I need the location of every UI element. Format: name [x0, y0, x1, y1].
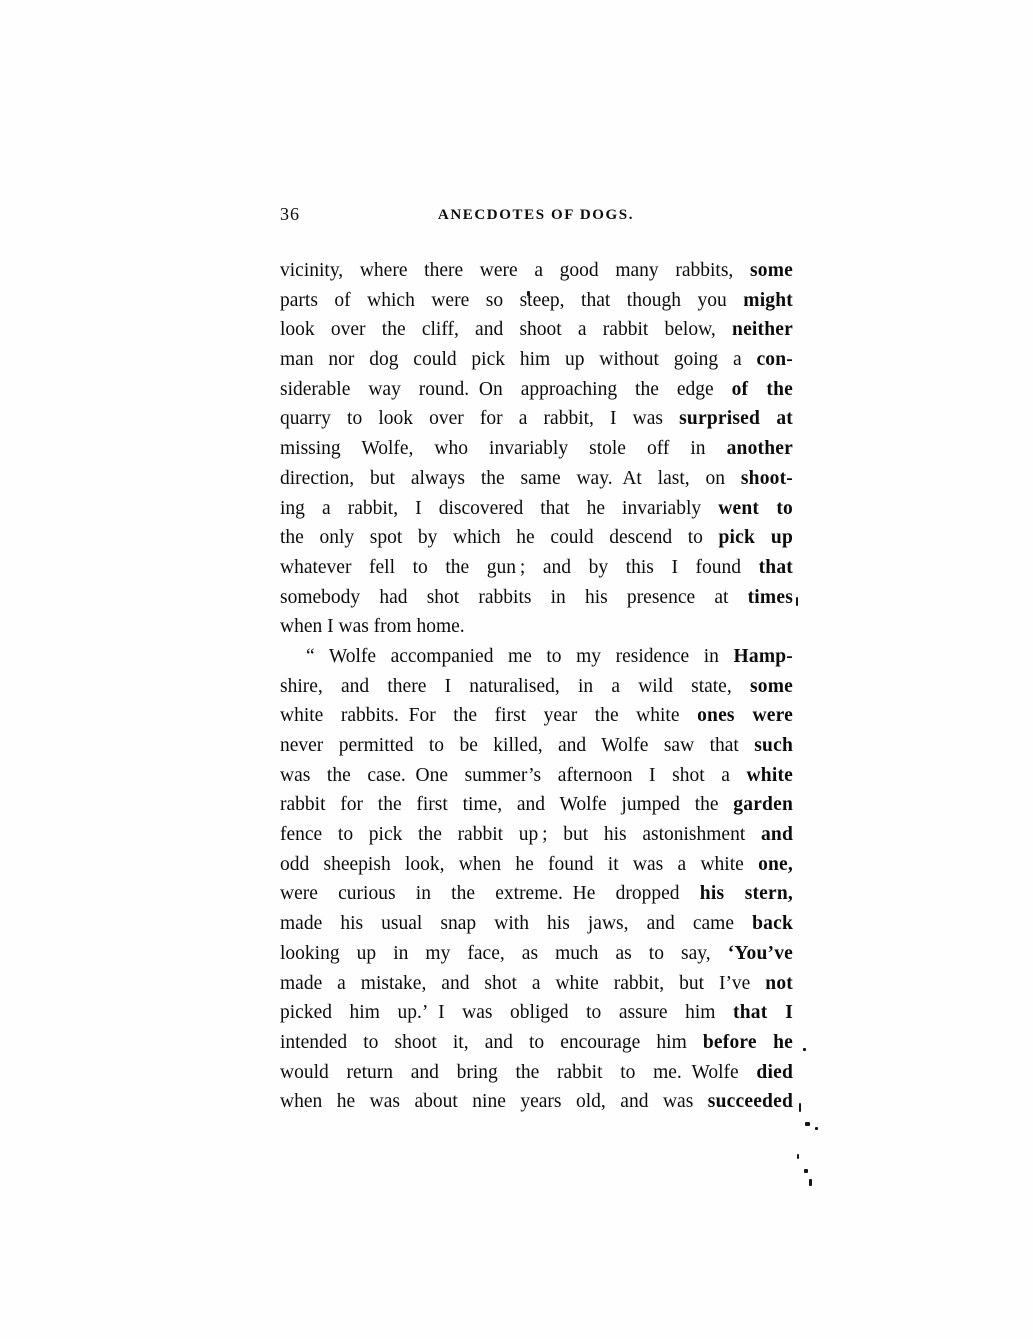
text-line-heavy-ink: of the — [732, 379, 793, 400]
text-line-regular: “ Wolfe accompanied me to my residence i… — [306, 646, 734, 667]
text-block: vicinity, where there were a good many r… — [280, 256, 793, 1117]
text-line-regular: the only spot by which he could descend … — [280, 527, 719, 548]
text-line-regular: was the case. One summer’s afternoon I s… — [280, 765, 747, 786]
text-line-heavy-ink: and — [761, 824, 793, 845]
text-line-regular: made his usual snap with his jaws, and c… — [280, 913, 752, 934]
text-line-regular: missing Wolfe, who invariably stole off … — [280, 438, 727, 459]
text-line-regular: somebody had shot rabbits in his presenc… — [280, 587, 748, 608]
text-line: was the case. One summer’s afternoon I s… — [280, 761, 793, 791]
text-line-heavy-ink: succeeded — [708, 1091, 793, 1112]
text-line: odd sheepish look, when he found it was … — [280, 850, 793, 880]
text-line-heavy-ink: some — [750, 260, 793, 281]
ink-speck — [796, 597, 798, 606]
text-line-regular: man nor dog could pick him up without go… — [280, 349, 756, 370]
text-line-heavy-ink: pick up — [719, 527, 793, 548]
text-line-heavy-ink: before he — [703, 1032, 793, 1053]
page-number: 36 — [280, 204, 300, 225]
text-line: whatever fell to the gun ; and by this I… — [280, 553, 793, 583]
running-title: ANECDOTES OF DOGS. — [280, 203, 792, 224]
text-line: when I was from home. — [280, 612, 793, 642]
text-line-heavy-ink: that — [759, 557, 793, 578]
text-line-heavy-ink: shoot- — [741, 468, 793, 489]
text-line-heavy-ink: white — [747, 765, 794, 786]
book-page: 36 ANECDOTES OF DOGS. vicinity, where th… — [0, 0, 1033, 1339]
text-line: fence to pick the rabbit up ; but his as… — [280, 820, 793, 850]
text-line-regular: siderable way round. On approaching the … — [280, 379, 732, 400]
text-line-regular: shire, and there I naturalised, in a wil… — [280, 676, 750, 697]
page-header: 36 ANECDOTES OF DOGS. — [280, 203, 792, 229]
text-line: would return and bring the rabbit to me.… — [280, 1058, 793, 1088]
ink-speck — [805, 1122, 810, 1126]
text-line: made his usual snap with his jaws, and c… — [280, 909, 793, 939]
text-line-heavy-ink: garden — [733, 794, 793, 815]
text-line-heavy-ink: con- — [756, 349, 793, 370]
text-line-regular: quarry to look over for a rabbit, I was — [280, 408, 679, 429]
text-line-regular: whatever fell to the gun ; and by this I… — [280, 557, 759, 578]
ink-speck — [815, 1127, 818, 1130]
text-line-regular: white rabbits. For the first year the wh… — [280, 705, 697, 726]
ink-speck — [797, 1154, 799, 1159]
text-line-regular: parts of which were so steep, that thoug… — [280, 290, 743, 311]
text-line: picked him up.’ I was obliged to assure … — [280, 998, 793, 1028]
text-line-heavy-ink: neither — [732, 319, 793, 340]
text-line: intended to shoot it, and to encourage h… — [280, 1028, 793, 1058]
text-line: never permitted to be killed, and Wolfe … — [280, 731, 793, 761]
text-line-regular: direction, but always the same way. At l… — [280, 468, 741, 489]
text-line: look over the cliff, and shoot a rabbit … — [280, 315, 793, 345]
text-line-regular: ing a rabbit, I discovered that he invar… — [280, 498, 718, 519]
text-line: rabbit for the first time, and Wolfe jum… — [280, 790, 793, 820]
text-line-regular: fence to pick the rabbit up ; but his as… — [280, 824, 761, 845]
text-line: missing Wolfe, who invariably stole off … — [280, 434, 793, 464]
text-line-regular: look over the cliff, and shoot a rabbit … — [280, 319, 732, 340]
text-line-regular: intended to shoot it, and to encourage h… — [280, 1032, 703, 1053]
text-line: shire, and there I naturalised, in a wil… — [280, 672, 793, 702]
text-line-regular: never permitted to be killed, and Wolfe … — [280, 735, 754, 756]
ink-speck — [809, 1179, 812, 1186]
text-line: vicinity, where there were a good many r… — [280, 256, 793, 286]
text-line-heavy-ink: one, — [758, 854, 793, 875]
text-line: direction, but always the same way. At l… — [280, 464, 793, 494]
text-line: siderable way round. On approaching the … — [280, 375, 793, 405]
text-line-regular: when I was from home. — [280, 616, 465, 637]
text-line-heavy-ink: not — [765, 973, 793, 994]
text-line-regular: when he was about nine years old, and wa… — [280, 1091, 708, 1112]
text-line: “ Wolfe accompanied me to my residence i… — [280, 642, 793, 672]
text-line-heavy-ink: times — [748, 587, 793, 608]
text-line: ing a rabbit, I discovered that he invar… — [280, 494, 793, 524]
text-line: quarry to look over for a rabbit, I was … — [280, 404, 793, 434]
ink-speck — [803, 1048, 806, 1051]
ink-speck — [799, 1103, 801, 1112]
text-line-heavy-ink: another — [727, 438, 793, 459]
text-line-regular: odd sheepish look, when he found it was … — [280, 854, 758, 875]
text-line-regular: would return and bring the rabbit to me.… — [280, 1062, 756, 1083]
text-line: parts of which were so steep, that thoug… — [280, 286, 793, 316]
text-line-regular: made a mistake, and shot a white rabbit,… — [280, 973, 765, 994]
text-line-heavy-ink: some — [750, 676, 793, 697]
text-line-heavy-ink: died — [756, 1062, 793, 1083]
text-line-heavy-ink: surprised at — [679, 408, 793, 429]
text-line-heavy-ink: ones were — [697, 705, 793, 726]
text-line-regular: picked him up.’ I was obliged to assure … — [280, 1002, 733, 1023]
text-line: somebody had shot rabbits in his presenc… — [280, 583, 793, 613]
text-line-heavy-ink: might — [743, 290, 793, 311]
text-line-heavy-ink: such — [754, 735, 793, 756]
text-line-regular: vicinity, where there were a good many r… — [280, 260, 750, 281]
text-line: man nor dog could pick him up without go… — [280, 345, 793, 375]
text-line: made a mistake, and shot a white rabbit,… — [280, 969, 793, 999]
text-line-heavy-ink: went to — [718, 498, 793, 519]
text-line-regular: rabbit for the first time, and Wolfe jum… — [280, 794, 733, 815]
text-line-heavy-ink: back — [752, 913, 793, 934]
ink-speck — [804, 1169, 808, 1173]
text-line-regular: were curious in the extreme. He dropped — [280, 883, 700, 904]
text-line: when he was about nine years old, and wa… — [280, 1087, 793, 1117]
text-line-regular: looking up in my face, as much as to say… — [280, 943, 728, 964]
text-line-heavy-ink: his stern, — [700, 883, 793, 904]
text-line-heavy-ink: that I — [733, 1002, 793, 1023]
text-line-heavy-ink: ‘You’ve — [728, 943, 793, 964]
text-line: white rabbits. For the first year the wh… — [280, 701, 793, 731]
text-line: looking up in my face, as much as to say… — [280, 939, 793, 969]
text-line: were curious in the extreme. He dropped … — [280, 879, 793, 909]
ink-speck — [527, 291, 530, 296]
text-line: the only spot by which he could descend … — [280, 523, 793, 553]
text-line-heavy-ink: Hamp- — [734, 646, 794, 667]
